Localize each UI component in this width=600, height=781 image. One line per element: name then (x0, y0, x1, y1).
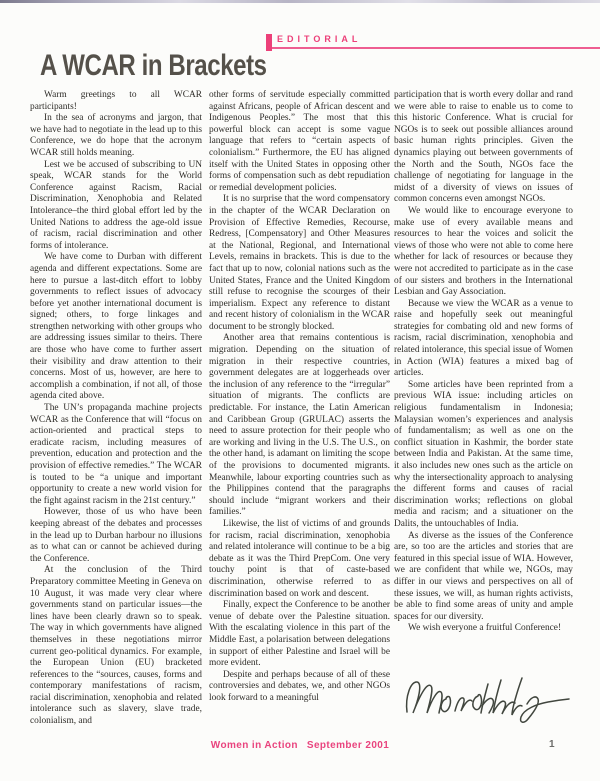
paragraph-continuation: participation that is worth every dollar… (394, 90, 573, 206)
paragraph: As diverse as the issues of the Conferen… (394, 531, 573, 624)
paragraph: At the conclusion of the Third Preparato… (30, 565, 202, 727)
paragraph: Another area that remains contentious is… (209, 333, 390, 519)
text-column-3: participation that is worth every dollar… (394, 90, 573, 635)
paragraph: However, those of us who have been keepi… (30, 507, 202, 565)
paragraph: In the sea of acronyms and jargon, that … (30, 113, 202, 159)
paragraph: Because we view the WCAR as a venue to r… (394, 299, 573, 380)
paragraph: Some articles have been reprinted from a… (394, 380, 573, 531)
journal-title: Women in Action (211, 740, 298, 751)
article-title: A WCAR in Brackets (40, 49, 267, 83)
issue-date: September 2001 (307, 740, 389, 751)
handwritten-signature-icon (400, 668, 572, 728)
page-footer: Women in ActionSeptember 2001 (0, 740, 600, 751)
paragraph-continuation: other forms of servitude especially comm… (209, 90, 390, 194)
text-column-2: other forms of servitude especially comm… (209, 90, 390, 704)
paragraph: Warm greetings to all WCAR participants! (30, 90, 202, 113)
paragraph: Lest we be accused of subscribing to UN … (30, 160, 202, 253)
text-column-1: Warm greetings to all WCAR participants!… (30, 90, 202, 728)
paragraph: Likewise, the list of victims of and gro… (209, 519, 390, 600)
paragraph: The UN’s propaganda machine projects WCA… (30, 403, 202, 507)
paragraph: Despite and perhaps because of all of th… (209, 670, 390, 705)
section-label: EDITORIAL (277, 33, 361, 44)
paragraph: We wish everyone a fruitful Conference! (394, 623, 573, 635)
paragraph: It is no surprise that the word compensa… (209, 194, 390, 333)
paragraph: Finally, expect the Conference to be ano… (209, 600, 390, 670)
paragraph: We have come to Durban with different ag… (30, 252, 202, 403)
paragraph: We would like to encourage everyone to m… (394, 206, 573, 299)
section-rule (272, 47, 600, 49)
scan-artifact-top-edge (0, 0, 600, 3)
page-number: 1 (549, 739, 555, 750)
magazine-page: EDITORIAL A WCAR in Brackets Warm greeti… (0, 0, 600, 781)
